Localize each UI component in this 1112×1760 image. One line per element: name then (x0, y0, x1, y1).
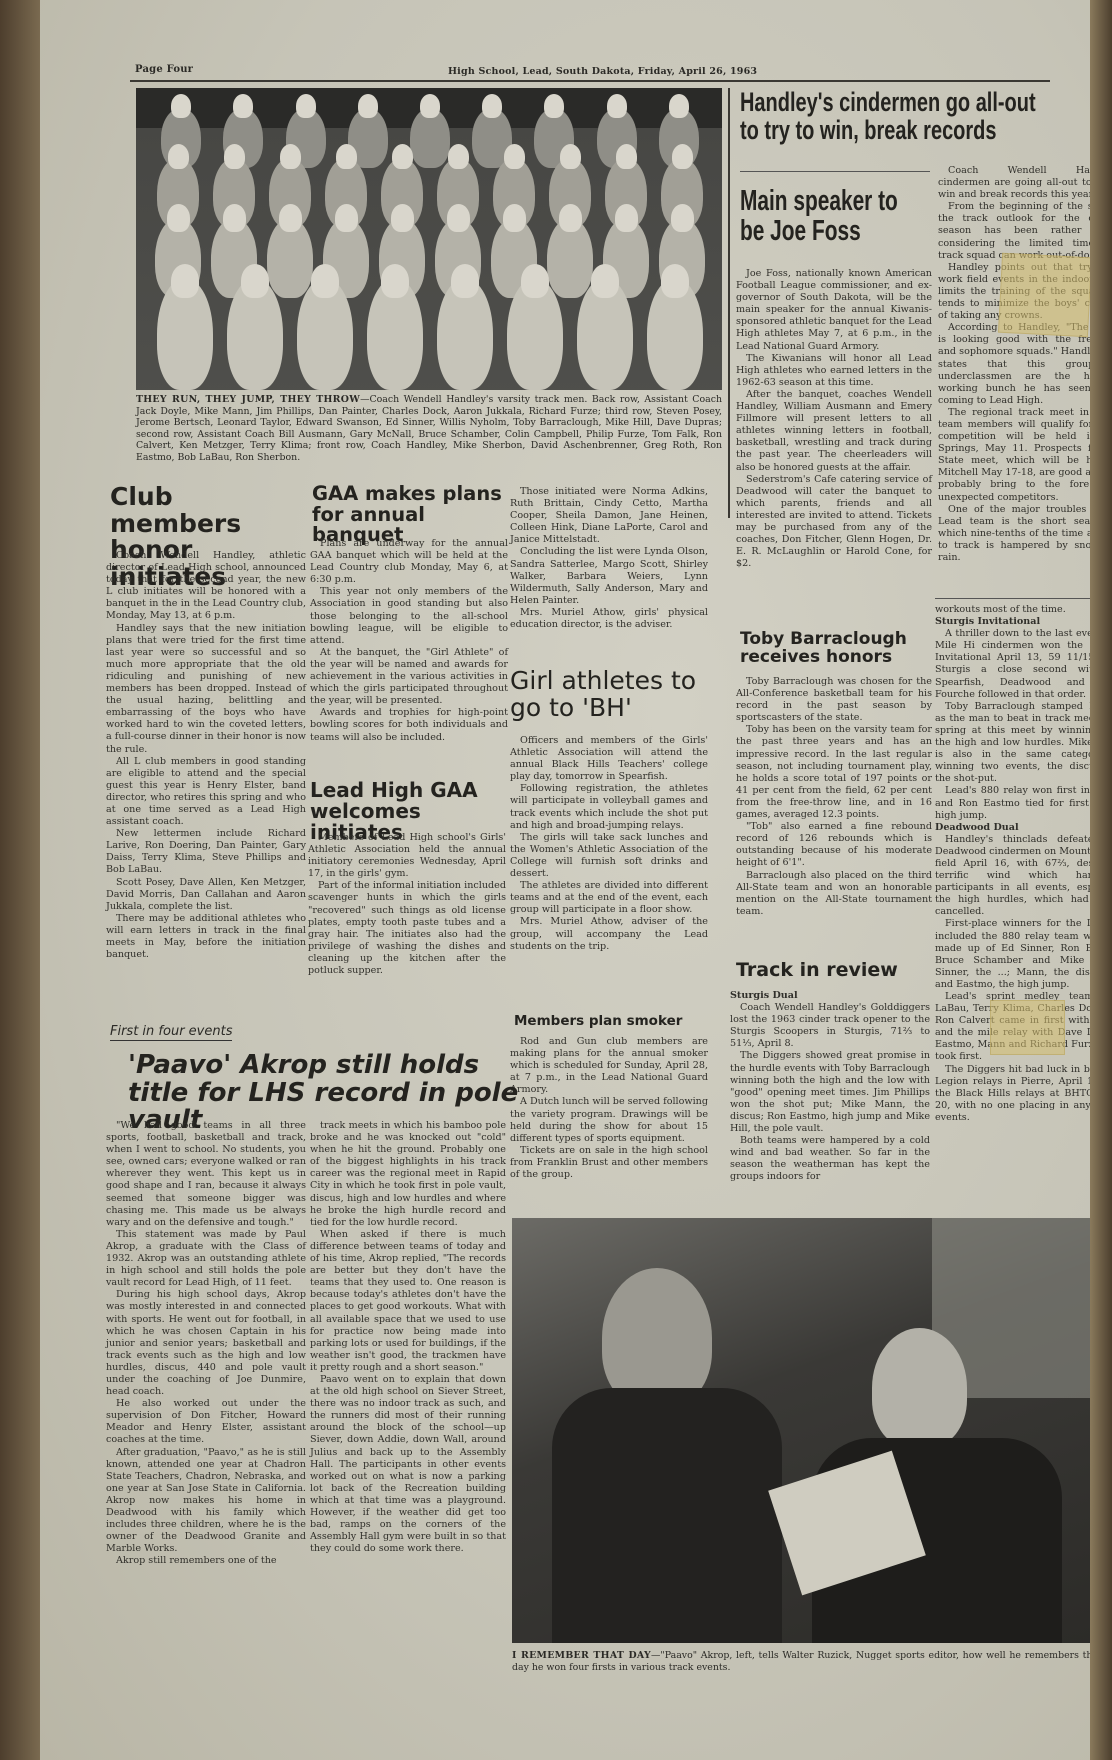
athlete-head (224, 144, 245, 169)
paragraph: At the banquet, the "Girl Athlete" of th… (310, 647, 508, 707)
paragraph: Tickets are on sale in the high school f… (510, 1145, 708, 1181)
athlete-head (171, 264, 199, 298)
paragraph: Lead's 880 relay won first in 1:39.2 and… (935, 785, 1112, 821)
athlete-head (296, 94, 316, 118)
track-review-col1: Sturgis DualCoach Wendell Handley's Gold… (730, 990, 930, 1184)
paragraph: Rod and Gun club members are making plan… (510, 1036, 708, 1096)
smoker-headline: Members plan smoker (514, 1014, 714, 1028)
athlete-head (560, 144, 581, 169)
masthead-rule (130, 80, 1050, 82)
caption-lead-2: I REMEMBER THAT DAY (512, 1650, 651, 1661)
paragraph: The regional track meet in which team me… (938, 407, 1112, 504)
girl-athletes-body: Officers and members of the Girls' Athle… (510, 735, 708, 953)
tape-stain (998, 253, 1092, 338)
paragraph: "We had good teams in all three sports, … (106, 1120, 306, 1229)
toby-headline: Toby Barraclough receives honors (740, 630, 940, 666)
athlete-head (615, 204, 638, 232)
team-photo-caption: THEY RUN, THEY JUMP, THEY THROW—Coach We… (136, 394, 722, 464)
paragraph: One of the major troubles of the Lead te… (938, 504, 1112, 564)
athlete-head (607, 94, 627, 118)
toby-body: Toby Barraclough was chosen for the All-… (736, 676, 932, 918)
gaa-banquet-body: Plans are underway for the annual GAA ba… (310, 538, 508, 744)
paragraph: Both teams were hampered by a cold wind … (730, 1135, 930, 1183)
paragraph: Paavo went on to explain that down at th… (310, 1374, 506, 1555)
foss-headline: Main speaker to be Joe Foss (740, 186, 898, 247)
paragraph: The Kiwanians will honor all Lead High a… (736, 353, 932, 389)
paragraph: A thriller down to the last event, the M… (935, 628, 1112, 701)
paragraph: This statement was made by Paul Akrop, a… (106, 1229, 306, 1289)
foss-body: Joe Foss, nationally known American Foot… (736, 268, 932, 570)
athlete-head (280, 144, 301, 169)
athlete-head (482, 94, 502, 118)
athlete-head (168, 144, 189, 169)
paragraph: "Tob" also earned a fine rebound record … (736, 821, 932, 869)
athlete-head (241, 264, 269, 298)
paragraph: Sederstrom's Cafe catering service of De… (736, 474, 932, 571)
paragraph: The Diggers showed great promise in the … (730, 1050, 930, 1135)
athlete-head (559, 204, 582, 232)
athlete-head (279, 204, 302, 232)
cindermen-body: Coach Wendell Handley's cindermen are go… (938, 165, 1112, 564)
athlete-head (591, 264, 619, 298)
cindermen-headline: Handley's cindermen go all-out to try to… (740, 88, 1051, 145)
binding-edge-right (1090, 0, 1112, 1760)
smoker-body: Rod and Gun club members are making plan… (510, 1036, 708, 1181)
paragraph: All L club members in good standing are … (106, 756, 306, 829)
athlete-head (167, 204, 190, 232)
newspaper-page: Page Four High School, Lead, South Dakot… (40, 0, 1090, 1760)
team-photo (136, 88, 722, 390)
paragraph: Members of Lead High school's Girls' Ath… (308, 832, 506, 880)
paragraph: After graduation, "Paavo," as he is stil… (106, 1447, 306, 1556)
paragraph: Those initiated were Norma Adkins, Ruth … (510, 486, 708, 546)
paragraph: Concluding the list were Lynda Olson, Sa… (510, 546, 708, 606)
athlete-head (392, 144, 413, 169)
athlete-head (335, 204, 358, 232)
athlete-head (358, 94, 378, 118)
paragraph: Handley's thinclads defeated the Deadwoo… (935, 834, 1112, 919)
gaa-welcomes-body-1: Members of Lead High school's Girls' Ath… (308, 832, 506, 977)
athlete-head (544, 94, 564, 118)
athlete-head (391, 204, 414, 232)
paragraph: He also worked out under the supervision… (106, 1398, 306, 1446)
akrop-photo-caption: I REMEMBER THAT DAY—"Paavo" Akrop, left,… (512, 1650, 1098, 1673)
athlete-head (381, 264, 409, 298)
athlete-head (521, 264, 549, 298)
paragraph: Toby has been on the varsity team for th… (736, 724, 932, 821)
paragraph: Barraclough also placed on the third All… (736, 870, 932, 918)
paragraph: When asked if there is much difference b… (310, 1229, 506, 1374)
binding-edge-left (0, 0, 40, 1760)
athlete-head (451, 264, 479, 298)
track-review-headline: Track in review (736, 960, 936, 980)
paragraph: The girls will take sack lunches and the… (510, 832, 708, 880)
paragraph: This year not only members of the Associ… (310, 586, 508, 646)
subhead: Sturgis Dual (730, 990, 930, 1002)
paragraph: Toby Barraclough stamped himself as the … (935, 701, 1112, 786)
paragraph: Officers and members of the Girls' Athle… (510, 735, 708, 783)
paragraph: Coach Wendell Handley's Golddiggers lost… (730, 1002, 930, 1050)
paragraph: Joe Foss, nationally known American Foot… (736, 268, 932, 353)
ruzick-figure (872, 1328, 967, 1448)
gaa-welcomes-body-2: Those initiated were Norma Adkins, Ruth … (510, 486, 708, 631)
paragraph: Plans are underway for the annual GAA ba… (310, 538, 508, 586)
athlete-head (223, 204, 246, 232)
subhead: Sturgis Invitational (935, 616, 1112, 628)
headline-rule (740, 171, 930, 172)
paragraph: track meets in which his bamboo pole bro… (310, 1120, 506, 1229)
athlete-head (504, 144, 525, 169)
paragraph: Scott Posey, Dave Allen, Ken Metzger, Da… (106, 877, 306, 913)
akrop-figure (602, 1268, 712, 1408)
paragraph: During his high school days, Akrop was m… (106, 1289, 306, 1398)
paragraph: Part of the informal initiation included… (308, 880, 506, 977)
paragraph: Akrop still remembers one of the (106, 1555, 306, 1567)
tape-stain-2 (990, 1000, 1065, 1055)
paragraph: From the beginning of the season, the tr… (938, 201, 1112, 261)
girl-athletes-headline: Girl athletes to go to 'BH' (510, 668, 710, 721)
athlete-head (311, 264, 339, 298)
athlete-head (669, 94, 689, 118)
akrop-kicker: First in four events (110, 1024, 232, 1041)
athlete-head (616, 144, 637, 169)
paragraph: Handley says that the new initiation pla… (106, 623, 306, 756)
paragraph: New lettermen include Richard Larive, Ro… (106, 828, 306, 876)
paragraph: Coach Wendell Handley's cindermen are go… (938, 165, 1112, 201)
paragraph: A Dutch lunch will be served following t… (510, 1096, 708, 1144)
section-rule (935, 598, 1112, 599)
athlete-head (672, 144, 693, 169)
paragraph: Toby Barraclough was chosen for the All-… (736, 676, 932, 724)
paragraph: Coach Wendell Handley, athletic director… (106, 550, 306, 623)
paragraph: Mrs. Muriel Athow, girls' physical educa… (510, 607, 708, 631)
paragraph: First-place winners for the Diggers incl… (935, 918, 1112, 991)
paragraph: Following registration, the athletes wil… (510, 783, 708, 831)
akrop-col2: track meets in which his bamboo pole bro… (310, 1120, 506, 1555)
akrop-col1: "We had good teams in all three sports, … (106, 1120, 306, 1567)
athlete-head (336, 144, 357, 169)
paragraph: After the banquet, coaches Wendell Handl… (736, 389, 932, 474)
athlete-head (233, 94, 253, 118)
page-label: Page Four (135, 64, 193, 75)
subhead: Deadwood Dual (935, 822, 1112, 834)
athlete-head (671, 204, 694, 232)
paragraph: There may be additional athletes who wil… (106, 913, 306, 961)
gaa-banquet-headline: GAA makes plans for annual banquet (312, 484, 522, 546)
column-rule (728, 88, 730, 518)
athlete-head (420, 94, 440, 118)
athlete-head (503, 204, 526, 232)
akrop-photo (512, 1218, 1098, 1643)
paragraph: The athletes are divided into different … (510, 880, 708, 916)
caption-lead: THEY RUN, THEY JUMP, THEY THROW (136, 394, 360, 405)
paragraph: The Diggers hit bad luck in both the Leg… (935, 1064, 1112, 1124)
club-article-body: Coach Wendell Handley, athletic director… (106, 550, 306, 961)
dateline: High School, Lead, South Dakota, Friday,… (448, 66, 757, 77)
athlete-head (171, 94, 191, 118)
paragraph: workouts most of the time. (935, 604, 1112, 616)
paragraph: Mrs. Muriel Athow, adviser of the group,… (510, 916, 708, 952)
paragraph: Awards and trophies for high-point bowli… (310, 707, 508, 743)
athlete-head (661, 264, 689, 298)
athlete-head (447, 204, 470, 232)
athlete-head (448, 144, 469, 169)
